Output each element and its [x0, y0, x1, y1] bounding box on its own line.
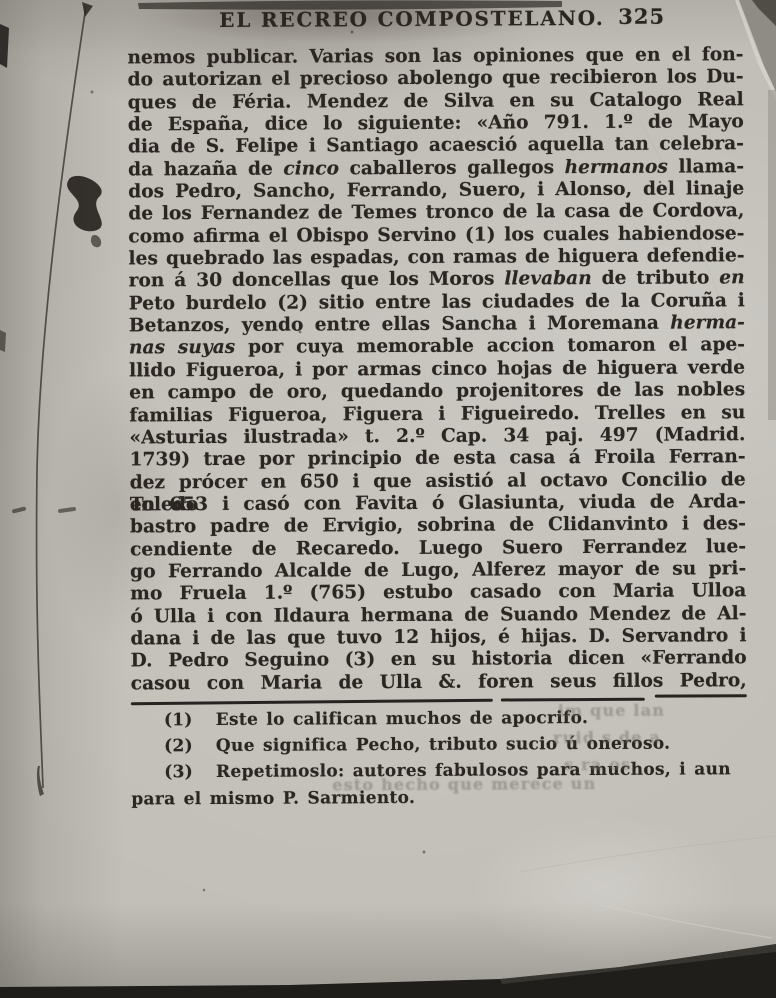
italic-text-run: herma- [670, 312, 745, 333]
text-run: dana i de las que tuvo 12 hijos, é hijas… [130, 625, 746, 649]
body-line: en 653 i casó con Favita ó Glasiunta, vi… [130, 491, 746, 517]
text-run: les quebrado las espadas, con ramas de h… [128, 245, 744, 269]
footnote-marker: (2) [164, 733, 193, 759]
text-run: ron á 30 doncellas que los Moros [129, 269, 505, 292]
body-line: do autorizan el precioso abolengo que re… [128, 67, 744, 93]
body-line: dez prócer en 650 i que asistió al octav… [130, 469, 746, 495]
footnote-separator-rule [131, 699, 493, 705]
italic-text-run: en [719, 268, 744, 289]
bleedthrough-text: ruid s de a [553, 728, 661, 748]
text-run: dia de S. Felipe i Santiago acaesció aqu… [128, 134, 744, 158]
body-line: D. Pedro Seguino (3) en su historia dice… [131, 647, 747, 673]
text-run: 1739) trae por principio de esta casa á … [130, 446, 746, 470]
text-run: de España, dice lo siguiente: «Año 791. … [128, 111, 744, 135]
text-run: en 653 i casó con Favita ó Glasiunta, vi… [130, 491, 746, 515]
text-run: ques de Féria. Mendez de Silva en su Cat… [128, 89, 744, 113]
body-line: dia de S. Felipe i Santiago acaesció aqu… [128, 134, 744, 160]
text-run: familias Figueroa, Figuera i Figueiredo.… [129, 402, 745, 426]
footnote-separator-rule [655, 694, 747, 697]
body-line: nemos publicar. Varias son las opiniones… [127, 44, 743, 70]
body-line: nas suyas por cuya memorable accion toma… [129, 335, 745, 361]
text-run: caballeros gallegos [339, 157, 565, 179]
body-line: ó Ulla i con Ildaura hermana de Suando M… [130, 603, 746, 629]
text-run: D. Pedro Seguino (3) en su historia dice… [131, 647, 747, 671]
scanned-book-page: EL RECREO COMPOSTELANO. 325 nemos public… [0, 0, 776, 998]
italic-text-run: llevaban [504, 268, 591, 289]
text-run: cendiente de Recaredo. Luego Suero Ferra… [130, 536, 746, 560]
text-run: llido Figueroa, i por armas cinco hojas … [129, 357, 745, 381]
text-run: llama- [668, 156, 744, 177]
body-line: mo Fruela 1.º (765) estubo casado con Ma… [130, 580, 746, 606]
body-line: go Ferrando Alcalde de Lugo, Alferez may… [130, 558, 746, 584]
text-run: do autorizan el precioso abolengo que re… [128, 67, 744, 91]
body-line: ron á 30 doncellas que los Moros llevaba… [129, 268, 745, 294]
body-line: como afirma el Obispo Servino (1) los cu… [128, 223, 744, 249]
body-line: bastro padre de Ervigio, sobrina de Clid… [130, 513, 746, 539]
footnote-marker: (1) [164, 707, 193, 733]
printed-text-layer: EL RECREO COMPOSTELANO. 325 nemos public… [0, 0, 776, 998]
footnote-text: Este lo califican muchos de apocrifo. [216, 708, 589, 730]
body-line: cendiente de Recaredo. Luego Suero Ferra… [130, 536, 746, 562]
text-run: «Asturias ilustrada» t. 2.º Cap. 34 paj.… [129, 424, 745, 448]
text-run: Peto burdelo (2) sitio entre las ciudade… [129, 290, 745, 314]
body-line: ques de Féria. Mendez de Silva en su Cat… [128, 89, 744, 115]
body-line: 1739) trae por principio de esta casa á … [130, 446, 746, 472]
body-line: llido Figueroa, i por armas cinco hojas … [129, 357, 745, 383]
text-run: mo Fruela 1.º (765) estubo casado con Ma… [130, 580, 746, 604]
text-run: nemos publicar. Varias son las opiniones… [127, 44, 743, 68]
bleedthrough-text: im que lan [558, 701, 665, 721]
text-run: ó Ulla i con Ildaura hermana de Suando M… [130, 603, 746, 627]
text-run: de los Fernandez de Temes tronco de la c… [128, 201, 744, 225]
text-run: go Ferrando Alcalde de Lugo, Alferez may… [130, 558, 746, 582]
bleedthrough-text: s ra os [564, 755, 631, 774]
text-run: como afirma el Obispo Servino (1) los cu… [128, 223, 744, 247]
text-run: Betanzos, yendo entre ellas Sancha i Mor… [129, 313, 671, 337]
italic-text-run: hermanos [565, 156, 668, 178]
italic-text-run: nas suyas [129, 337, 235, 359]
bleedthrough-text: esto hecho que merece un [332, 774, 596, 794]
page-number: 325 [618, 4, 665, 29]
body-line: Betanzos, yendo entre ellas Sancha i Mor… [129, 312, 745, 338]
italic-text-run: cinco [283, 158, 339, 179]
running-header-title: EL RECREO COMPOSTELANO. [219, 6, 604, 32]
body-line: en campo de oro, quedando projenitores d… [129, 379, 745, 405]
footnote-marker: (3) [164, 759, 193, 785]
body-line: casou con Maria de Ulla &. foren seus fi… [131, 670, 747, 696]
body-line: dana i de las que tuvo 12 hijos, é hijas… [130, 625, 746, 651]
text-run: bastro padre de Ervigio, sobrina de Clid… [130, 513, 746, 537]
text-run: dos Pedro, Sancho, Ferrando, Suero, i Al… [128, 178, 744, 202]
body-line: Peto burdelo (2) sitio entre las ciudade… [129, 290, 745, 316]
body-line: familias Figueroa, Figuera i Figueiredo.… [129, 402, 745, 428]
text-run: casou con Maria de Ulla &. foren seus fi… [131, 670, 747, 694]
body-line: de los Fernandez de Temes tronco de la c… [128, 201, 744, 227]
text-run: en campo de oro, quedando projenitores d… [129, 379, 745, 403]
footnote-line: (2)Que significa Pecho, tributo sucio ú … [131, 730, 755, 759]
text-run: de tributo [592, 268, 720, 290]
footnotes-block: (1)Este lo califican muchos de apocrifo.… [131, 704, 756, 812]
body-line: da hazaña de cinco caballeros gallegos h… [128, 156, 744, 182]
body-line: dos Pedro, Sancho, Ferrando, Suero, i Al… [128, 178, 744, 204]
text-run: por cuya memorable accion tomaron el ape… [235, 335, 745, 359]
text-run: da hazaña de [128, 158, 283, 180]
body-text-block: nemos publicar. Varias son las opiniones… [127, 44, 746, 695]
